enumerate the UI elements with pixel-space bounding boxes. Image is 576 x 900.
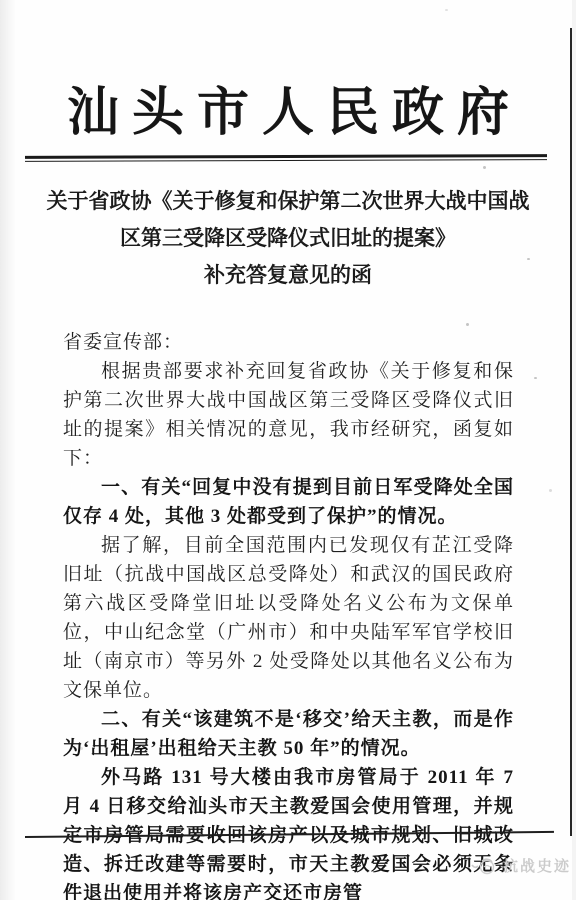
scan-edge-shade-left bbox=[0, 0, 16, 900]
header-divider-rule bbox=[25, 154, 547, 162]
document-title-line-3: 补充答复意见的函 bbox=[0, 257, 576, 294]
watermark: 抗战史迹 bbox=[471, 855, 571, 876]
document-body: 省委宣传部： 根据贵部要求补充回复省政协《关于修复和保护第二次世界大战中国战区第… bbox=[63, 328, 514, 900]
document-title-line-1: 关于省政协《关于修复和保护第二次世界大战中国战 bbox=[0, 183, 576, 220]
paragraph-intro: 根据贵部要求补充回复省政协《关于修复和保护第二次世界大战中国战区第三受降区受降仪… bbox=[63, 357, 514, 473]
scan-speck bbox=[483, 166, 486, 169]
issuing-authority-title: 汕头市人民政府 bbox=[25, 0, 551, 145]
page-edge-line-right bbox=[570, 28, 572, 836]
swirl-logo-icon bbox=[471, 856, 497, 876]
scan-speck bbox=[549, 489, 552, 492]
document-page: 汕头市人民政府 关于省政协《关于修复和保护第二次世界大战中国战 区第三受降区受降… bbox=[0, 0, 576, 900]
scan-speck bbox=[534, 377, 537, 379]
salutation: 省委宣传部： bbox=[63, 328, 514, 357]
scan-speck bbox=[466, 323, 469, 326]
paragraph-section-1-heading: 一、有关“回复中没有提到目前日军受降处全国仅存 4 处，其他 3 处都受到了保护… bbox=[63, 473, 514, 531]
document-title: 关于省政协《关于修复和保护第二次世界大战中国战 区第三受降区受降仪式旧址的提案》… bbox=[0, 183, 576, 294]
paragraph-section-2-heading: 二、有关“该建筑不是‘移交’给天主教，而是作为‘出租屋’出租给天主教 50 年”… bbox=[63, 705, 514, 763]
document-title-line-2: 区第三受降区受降仪式旧址的提案》 bbox=[0, 220, 576, 257]
scan-edge-shade-right bbox=[572, 0, 576, 900]
paragraph-section-1-body: 据了解，目前全国范围内已发现仅有芷江受降旧址（抗战中国战区总受降处）和武汉的国民… bbox=[63, 531, 514, 705]
watermark-label: 抗战史迹 bbox=[503, 855, 571, 876]
